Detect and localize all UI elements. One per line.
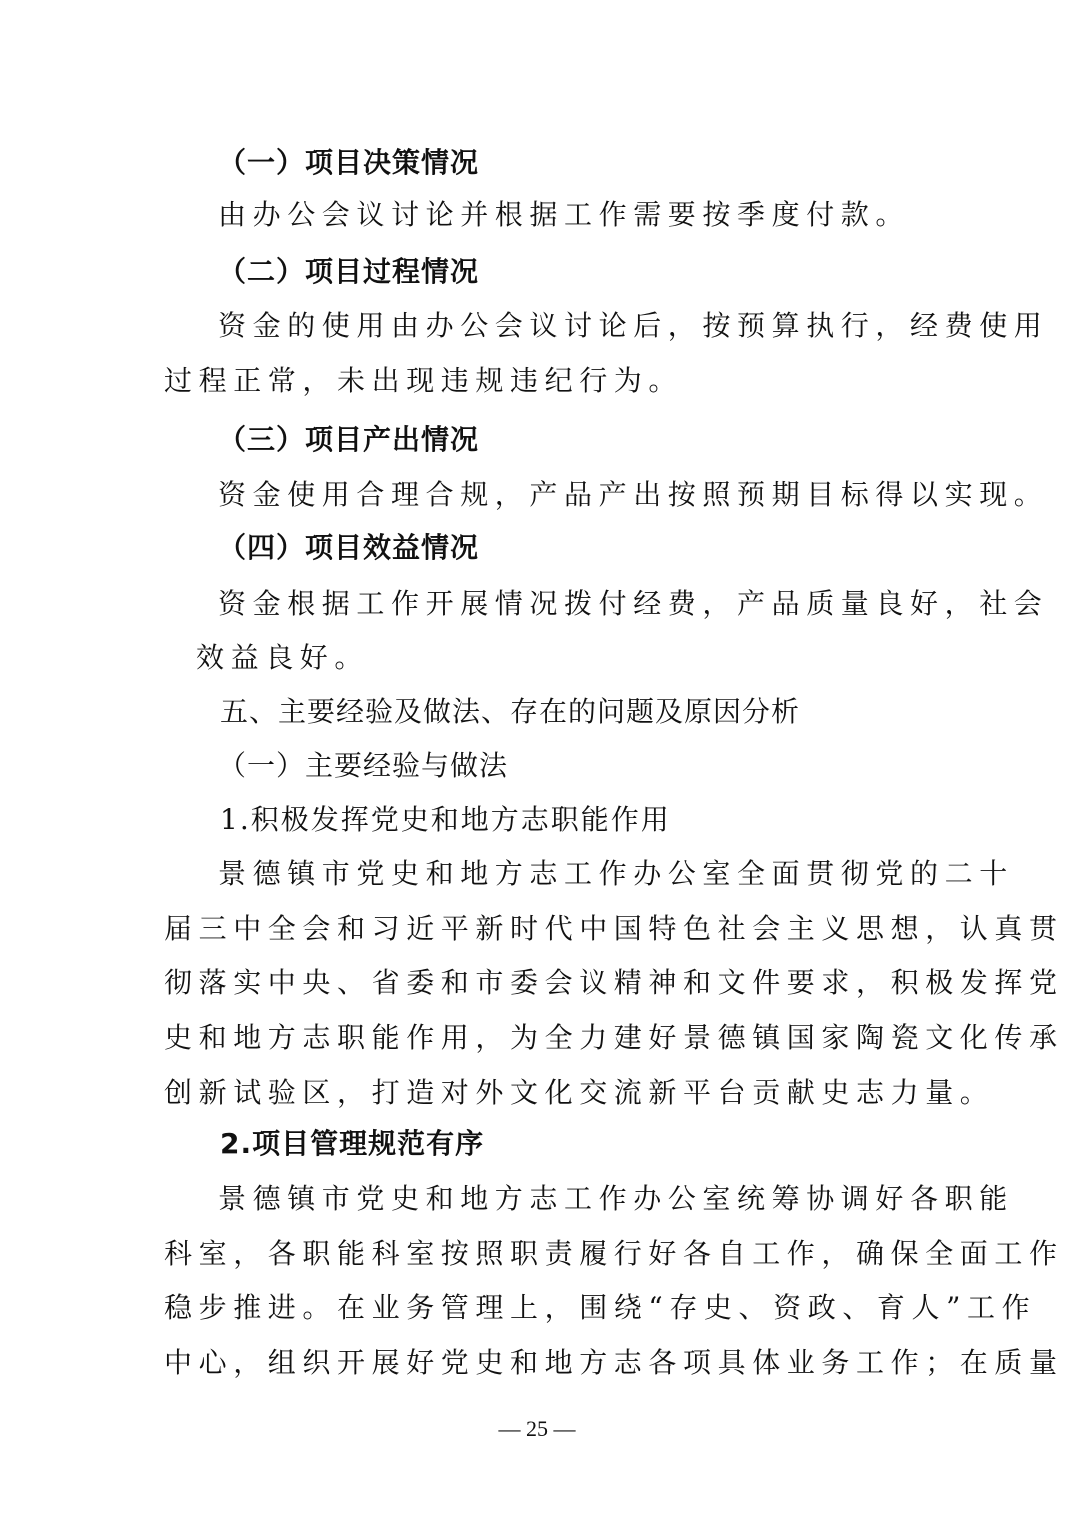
paragraph-line: 史和地方志职能作用，为全力建好景德镇国家陶瓷文化传承: [164, 1021, 1064, 1055]
heading-project-decision: （一）项目决策情况: [218, 146, 479, 180]
paragraph-line: 资金的使用由办公会议讨论后，按预算执行，经费使用: [218, 309, 1048, 343]
paragraph-line: 过程正常，未出现违规违纪行为。: [164, 364, 683, 398]
paragraph-line: 科室，各职能科室按照职责履行好各自工作，确保全面工作: [164, 1237, 1064, 1271]
paragraph-line: 创新试验区，打造对外文化交流新平台贡献史志力量。: [164, 1076, 994, 1110]
paragraph-line: 由办公会议讨论并根据工作需要按季度付款。: [218, 198, 910, 232]
paragraph-line: 资金使用合理合规，产品产出按照预期目标得以实现。: [218, 478, 1048, 512]
heading-project-benefit: （四）项目效益情况: [218, 531, 479, 565]
item-heading-1: 1.积极发挥党史和地方志职能作用: [220, 803, 671, 837]
item-heading-2: 2.项目管理规范有序: [220, 1127, 484, 1161]
subheading-main-experience: （一）主要经验与做法: [218, 749, 508, 783]
heading-project-output: （三）项目产出情况: [218, 423, 479, 457]
paragraph-line: 彻落实中央、省委和市委会议精神和文件要求，积极发挥党: [164, 966, 1064, 1000]
page-number: — 25 —: [0, 1416, 1074, 1442]
heading-project-process: （二）项目过程情况: [218, 255, 479, 289]
paragraph-line: 资金根据工作开展情况拨付经费，产品质量良好，社会: [218, 587, 1048, 621]
paragraph-line: 届三中全会和习近平新时代中国特色社会主义思想，认真贯: [164, 912, 1064, 946]
paragraph-line: 中心，组织开展好党史和地方志各项具体业务工作；在质量: [164, 1346, 1064, 1380]
section-heading-five: 五、主要经验及做法、存在的问题及原因分析: [220, 695, 800, 729]
paragraph-line: 景德镇市党史和地方志工作办公室统筹协调好各职能: [218, 1182, 1014, 1216]
paragraph-line: 稳步推进。在业务管理上，围绕“存史、资政、育人”工作: [164, 1291, 1036, 1325]
paragraph-line: 景德镇市党史和地方志工作办公室全面贯彻党的二十: [218, 857, 1014, 891]
paragraph-line: 效益良好。: [196, 641, 369, 675]
